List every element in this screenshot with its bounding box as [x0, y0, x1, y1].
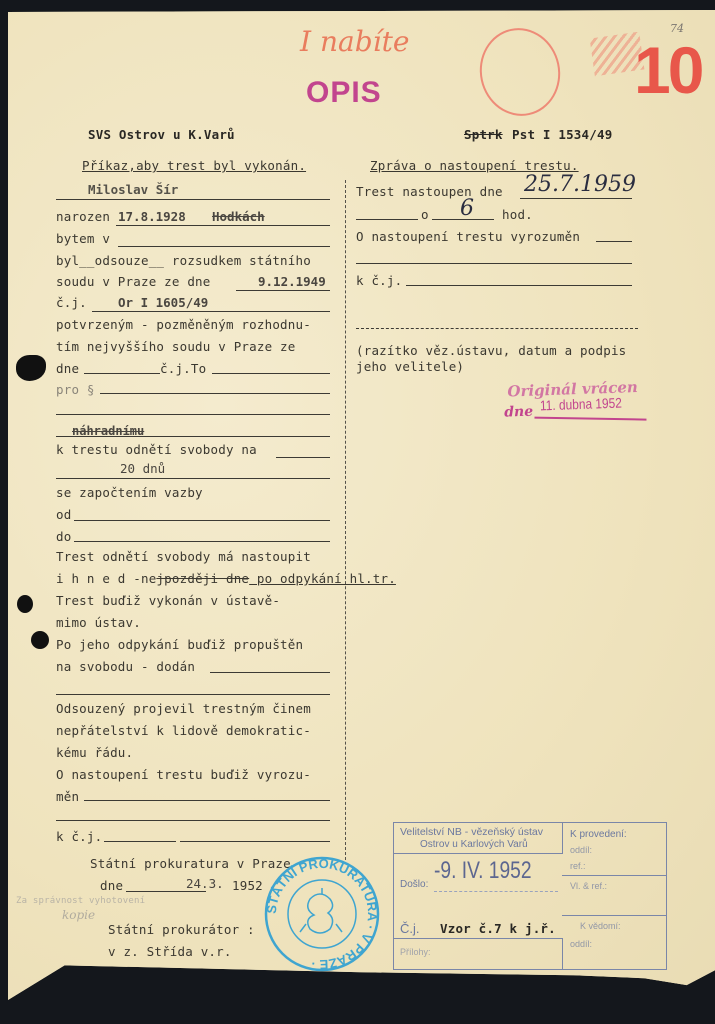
stamp-header-2: Ostrov u Karlových Varů	[420, 839, 528, 850]
confirmed-text: potvrzeným - pozměněným rozhodnu-	[56, 317, 311, 332]
file-ref: Pst I 1534/49	[512, 127, 612, 142]
field-line	[356, 263, 632, 264]
delivered-field[interactable]	[210, 672, 330, 673]
copy-stamp: OPIS	[306, 76, 382, 110]
field-line	[236, 290, 330, 291]
office-name: SVS Ostrov u K.Varů	[88, 127, 235, 142]
cj-to-label: č.j.To	[160, 361, 206, 376]
field-line	[116, 225, 330, 226]
returned-date: 11. dubna 1952	[540, 395, 622, 414]
column-divider	[345, 180, 346, 860]
pencil-page-number: 74	[670, 22, 684, 35]
cj-label: č.j.	[56, 295, 87, 310]
field-line	[432, 219, 494, 220]
prosecutor-office: Státní prokuratura v Praze	[90, 856, 291, 871]
field-line	[56, 414, 330, 415]
cj-value: Or I 1605/49	[118, 295, 208, 310]
crime-text-2: nepřátelství k lidově demokratic-	[56, 723, 311, 738]
crime-text: Odsouzený projevil trestným činem	[56, 701, 311, 716]
field-line	[520, 198, 632, 199]
received-date: -9. IV. 1952	[434, 857, 532, 885]
custody-label: se započtením vazby	[56, 485, 203, 500]
handwritten-note: I nabíte	[300, 25, 409, 58]
stamp-caption-2: jeho velitele)	[356, 359, 464, 374]
returned-dne: dne	[504, 404, 533, 421]
faint-signature: kopie	[62, 908, 95, 922]
stamp-right-6: oddíl:	[570, 939, 592, 949]
page-number-stamp: 10	[634, 30, 701, 110]
returned-stamp: Originál vrácen dne 11. dubna 1952	[499, 377, 661, 433]
stamp-right-1: K provedení:	[570, 829, 627, 840]
prison-label: k trestu odnětí svobody na	[56, 442, 257, 457]
field-line	[56, 478, 330, 479]
faint-note: Za správnost vyhotovení	[16, 896, 145, 906]
ref-label: Č.j.	[400, 921, 420, 936]
court-text: soudu v Praze ze dne	[56, 274, 211, 289]
para-label: pro §	[56, 382, 95, 397]
round-prosecutor-stamp: STÁTNÍ PROKURATURA · V PRAZE ·	[262, 854, 382, 974]
hour-value: 6	[460, 196, 474, 221]
custody-from-field[interactable]	[74, 520, 330, 521]
judgment-date: 9.12.1949	[258, 274, 326, 289]
received-line	[434, 891, 558, 892]
appeal-cj-field[interactable]	[212, 373, 330, 374]
to-label: do	[56, 529, 71, 544]
stamp-right-5: K vědomí:	[580, 921, 621, 931]
notify-field[interactable]	[84, 800, 330, 801]
field-line	[596, 241, 632, 242]
svg-text:STÁTNÍ PROKURATURA · V PRAZE ·: STÁTNÍ PROKURATURA · V PRAZE ·	[264, 856, 380, 972]
prison-term: 20 dnů	[120, 461, 165, 476]
kcj-label: k č.j.	[56, 829, 102, 844]
kcj-field-right[interactable]	[406, 285, 632, 286]
residence-field[interactable]	[118, 246, 330, 247]
confirmed-text-2: tím nejvyššího soudu v Praze ze	[56, 339, 296, 354]
start-text-a: i h n e d -ne	[56, 571, 156, 586]
execution-text-2: mimo ústav.	[56, 615, 141, 630]
field-line	[92, 311, 330, 312]
stamp-right-3: ref.:	[570, 861, 586, 871]
born-place: Hodkách	[212, 209, 265, 224]
dne-label: dne	[56, 361, 79, 376]
punch-hole	[31, 631, 49, 649]
field-line	[56, 820, 330, 821]
convict-name: Miloslav Šír	[88, 182, 178, 197]
release-text: Po jeho odpykání buďiž propuštěn	[56, 637, 303, 652]
notified-label: O nastoupení trestu vyrozuměn	[356, 229, 580, 244]
field-line	[126, 891, 206, 892]
punch-hole	[17, 595, 33, 613]
signed-dne: dne	[100, 878, 123, 893]
start-text: Trest odnětí svobody má nastoupit	[56, 549, 311, 564]
prison-registry-stamp: Velitelství NB - vězeňský ústav Ostrov u…	[393, 822, 667, 970]
order-title: Příkaz,aby trest byl vykonán.	[82, 158, 306, 173]
start-label: Trest nastoupen dne	[356, 184, 503, 199]
stamp-right-divider	[562, 875, 666, 876]
field-line	[56, 436, 330, 437]
field-line	[180, 841, 330, 842]
residence-label: bytem v	[56, 231, 110, 246]
notify-text: O nastoupení trestu buďiž vyrozu-	[56, 767, 311, 782]
start-date: 25.7.1959	[524, 172, 636, 197]
prosecutor-title: Státní prokurátor :	[108, 922, 255, 937]
start-text-b: po odpykání hl.tr.	[249, 571, 396, 586]
custody-to-field[interactable]	[74, 541, 330, 542]
signed-year: 1952	[232, 878, 263, 893]
stamp-right-2: oddíl:	[570, 845, 592, 855]
file-ref-struck: Sptrk	[464, 127, 503, 142]
sentence-text: byl__odsouze__ rozsudkem státního	[56, 253, 311, 268]
ref-value: Vzor č.7 k j.ř.	[440, 921, 556, 936]
returned-underline	[534, 417, 646, 421]
born-date: 17.8.1928	[118, 209, 186, 224]
release-text-2: na svobodu - dodán	[56, 659, 195, 674]
stamp-caption: (razítko věz.ústavu, datum a podpis	[356, 343, 626, 358]
kcj-label-right: k č.j.	[356, 273, 402, 288]
stamp-right-4: Vl. & ref.:	[570, 881, 607, 891]
hour-suffix: hod.	[502, 207, 533, 222]
notify-text-2: měn	[56, 789, 79, 804]
execution-text: Trest buďiž vykonán v ústavě-	[56, 593, 280, 608]
attachments-label: Přílohy:	[400, 947, 431, 957]
prosecutor-name: v z. Střída v.r.	[108, 944, 232, 959]
hour-prefix: o	[421, 207, 429, 222]
signed-date: 24.3.	[186, 876, 224, 891]
field-line	[56, 199, 330, 200]
born-label: narozen	[56, 209, 110, 224]
field-line	[276, 457, 330, 458]
signature-dashed-line	[356, 328, 638, 329]
kcj-field[interactable]	[104, 841, 176, 842]
start-text-struck: jpozději dne	[156, 571, 249, 586]
report-title: Zpráva o nastoupení trestu.	[370, 158, 579, 173]
stamp-header-1: Velitelství NB - vězeňský ústav	[400, 826, 543, 838]
field-line	[56, 694, 330, 695]
from-label: od	[56, 507, 71, 522]
para-field[interactable]	[100, 393, 330, 394]
start-immediately: i h n e d -nejpozději dne po odpykání hl…	[56, 571, 396, 586]
received-label: Došlo:	[400, 879, 428, 890]
field-line	[356, 219, 418, 220]
stamp-right-divider	[562, 915, 666, 916]
crime-text-3: kému řádu.	[56, 745, 133, 760]
appeal-date-field[interactable]	[84, 373, 160, 374]
